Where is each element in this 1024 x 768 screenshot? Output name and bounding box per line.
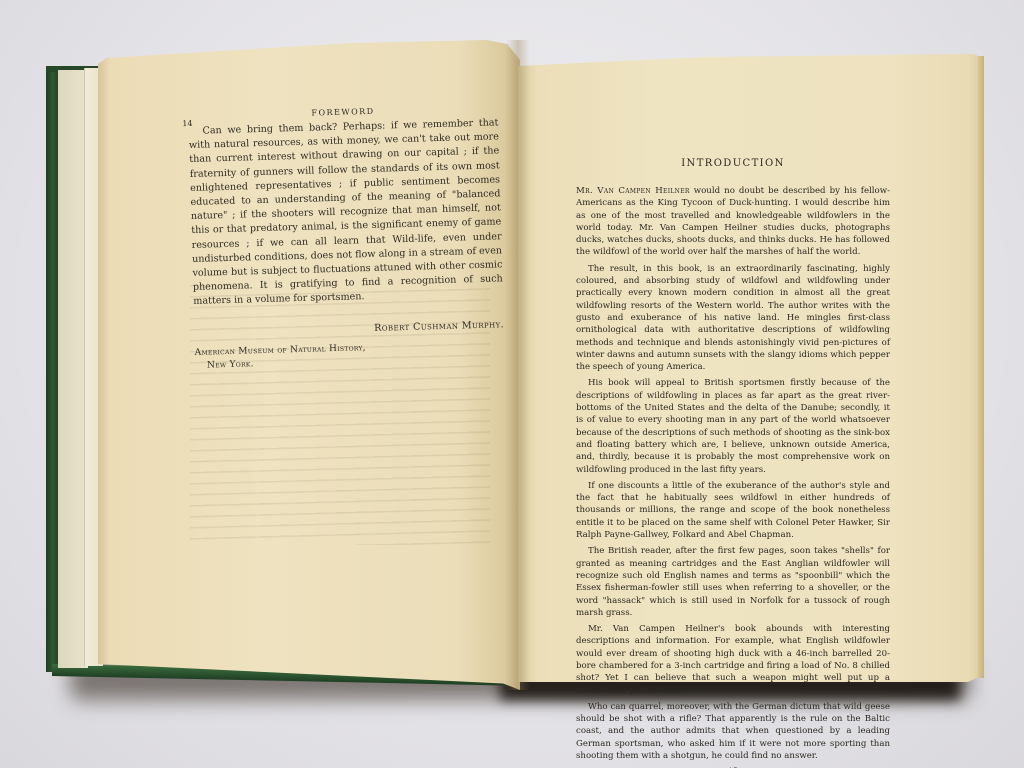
page-number: 14 [182, 119, 192, 128]
institution-name: American Museum of Natural History, [195, 343, 366, 358]
intro-paragraph: If one discounts a little of the exubera… [576, 480, 890, 541]
foreword-text-block: FOREWORD 14 Can we bring them back? Perh… [188, 103, 505, 372]
book-gutter [506, 40, 530, 690]
lead-in-small-caps: Mr. Van Campen Heilner [576, 186, 690, 196]
chapter-title: INTRODUCTION [576, 158, 890, 169]
intro-paragraph: His book will appeal to British sportsme… [576, 377, 890, 475]
page-block-edge [978, 56, 984, 678]
introduction-text-block: INTRODUCTION Mr. Van Campen Heilner woul… [576, 158, 890, 768]
paragraph-text: would no doubt be described by his fello… [576, 186, 890, 257]
foreword-paragraph: Can we bring them back? Perhaps: if we r… [188, 116, 503, 309]
intro-paragraph: Mr. Van Campen Heilner would no doubt be… [576, 185, 890, 259]
intro-paragraph: Who can quarrel, moreover, with the Germ… [576, 701, 890, 762]
intro-paragraph: The result, in this book, is an extraord… [576, 263, 890, 374]
author-signature: Robert Cushman Murphy. [194, 319, 504, 339]
intro-paragraph: The British reader, after the first few … [576, 545, 890, 619]
book-photo-scene: FOREWORD 14 Can we bring them back? Perh… [0, 0, 1024, 768]
intro-paragraph: Mr. Van Campen Heilner's book abounds wi… [576, 623, 890, 697]
